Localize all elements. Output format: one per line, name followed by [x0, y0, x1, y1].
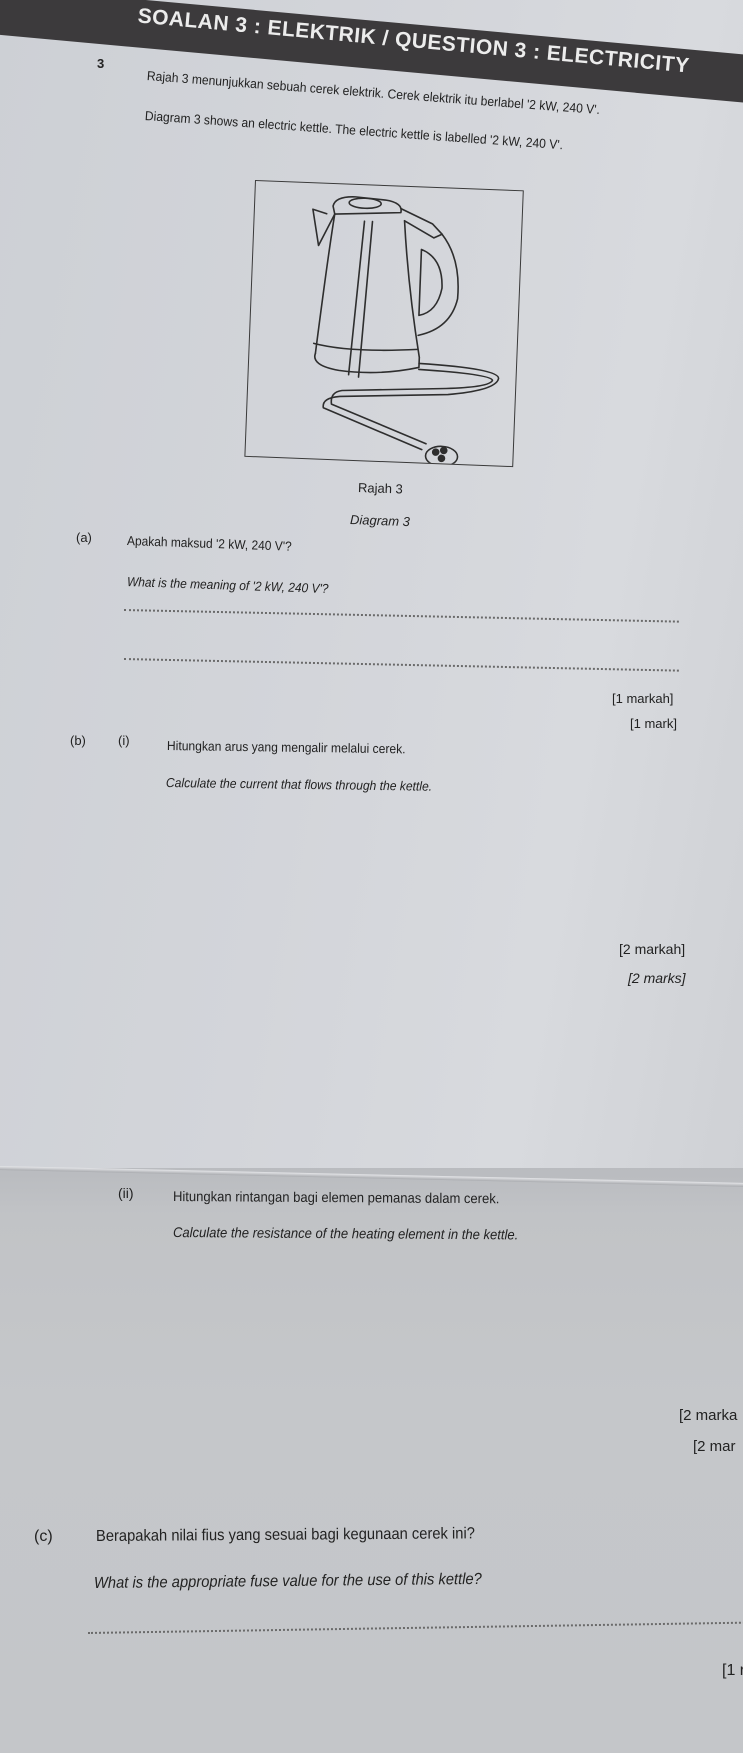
diagram-caption-ms: Rajah 3 [358, 480, 403, 497]
part-b-ii-marks-ms: [2 marka [679, 1407, 737, 1424]
part-b-ii-marks-en: [2 mar [693, 1438, 736, 1455]
part-b-i-label: (i) [118, 733, 130, 748]
part-a-marks-en: [1 mark] [630, 716, 677, 731]
part-b-ii-text-en: Calculate the resistance of the heating … [173, 1224, 518, 1242]
part-b-i-marks-en: [2 marks] [628, 970, 686, 986]
diagram-caption-en: Diagram 3 [350, 512, 410, 529]
part-c-label: (c) [34, 1528, 53, 1546]
part-b-i-marks-ms: [2 markah] [619, 941, 685, 957]
part-c-text-ms: Berapakah nilai fius yang sesuai bagi ke… [96, 1525, 475, 1546]
question-number: 3 [97, 56, 104, 71]
kettle-diagram [244, 180, 523, 467]
exam-page-upper [0, 0, 743, 1168]
part-b-ii-label: (ii) [118, 1185, 134, 1201]
part-b-label: (b) [70, 733, 86, 748]
part-a-label: (a) [76, 530, 92, 545]
part-a-marks-ms: [1 markah] [612, 691, 673, 706]
exam-page-lower [0, 1168, 743, 1753]
part-c-marks-partial: [1 r [722, 1662, 743, 1680]
part-b-ii-text-ms: Hitungkan rintangan bagi elemen pemanas … [173, 1188, 500, 1206]
part-a-marks-en-text: [1 mark] [630, 716, 677, 731]
electric-kettle-illustration-icon [245, 181, 522, 466]
